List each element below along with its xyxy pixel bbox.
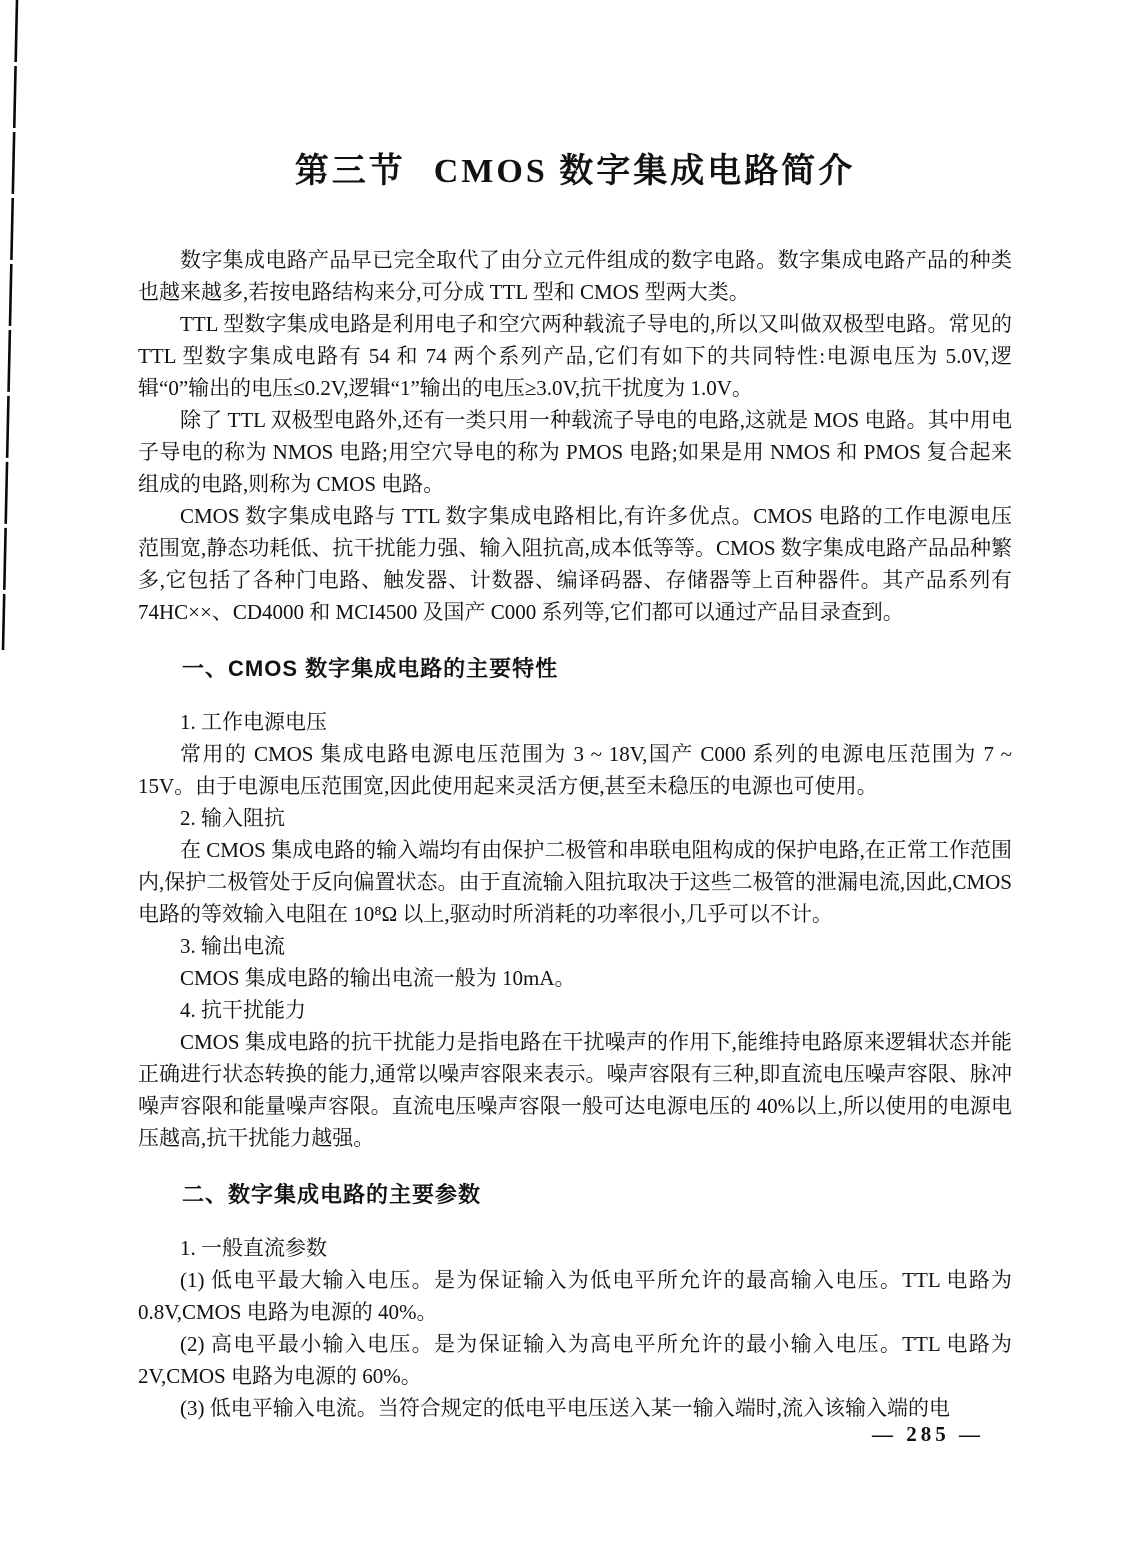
paragraph: 常用的 CMOS 集成电路电源电压范围为 3 ~ 18V,国产 C000 系列的… [138, 738, 1012, 802]
numbered-item: (3) 低电平输入电流。当符合规定的低电平电压送入某一输入端时,流入该输入端的电 [138, 1392, 1012, 1424]
scan-edge-artifact [0, 0, 26, 660]
page-number: — 285 — [872, 1422, 984, 1447]
subheading: 4. 抗干扰能力 [138, 994, 1012, 1026]
subheading: 1. 一般直流参数 [138, 1232, 1012, 1264]
paragraph: CMOS 数字集成电路与 TTL 数字集成电路相比,有许多优点。CMOS 电路的… [138, 500, 1012, 628]
paragraph: TTL 型数字集成电路是利用电子和空穴两种载流子导电的,所以又叫做双极型电路。常… [138, 308, 1012, 404]
book-page: 第三节CMOS 数字集成电路简介 数字集成电路产品早已完全取代了由分立元件组成的… [0, 0, 1122, 1568]
subheading: 2. 输入阻抗 [138, 802, 1012, 834]
section1-heading: 一、CMOS 数字集成电路的主要特性 [138, 654, 1012, 684]
page-title: 第三节CMOS 数字集成电路简介 [138, 150, 1012, 194]
subheading: 1. 工作电源电压 [138, 706, 1012, 738]
subheading: 3. 输出电流 [138, 930, 1012, 962]
section-number: 第三节 [295, 153, 406, 190]
paragraph: 数字集成电路产品早已完全取代了由分立元件组成的数字电路。数字集成电路产品的种类也… [138, 244, 1012, 308]
section2-heading: 二、数字集成电路的主要参数 [138, 1180, 1012, 1210]
numbered-item: (1) 低电平最大输入电压。是为保证输入为低电平所允许的最高输入电压。TTL 电… [138, 1264, 1012, 1328]
paragraph: CMOS 集成电路的输出电流一般为 10mA。 [138, 962, 1012, 994]
paragraph: 除了 TTL 双极型电路外,还有一类只用一种载流子导电的电路,这就是 MOS 电… [138, 404, 1012, 500]
paragraph: CMOS 集成电路的抗干扰能力是指电路在干扰噪声的作用下,能维持电路原来逻辑状态… [138, 1026, 1012, 1154]
paragraph: 在 CMOS 集成电路的输入端均有由保护二极管和串联电阻构成的保护电路,在正常工… [138, 834, 1012, 930]
section-title-text: CMOS 数字集成电路简介 [434, 153, 856, 190]
numbered-item: (2) 高电平最小输入电压。是为保证输入为高电平所允许的最小输入电压。TTL 电… [138, 1328, 1012, 1392]
